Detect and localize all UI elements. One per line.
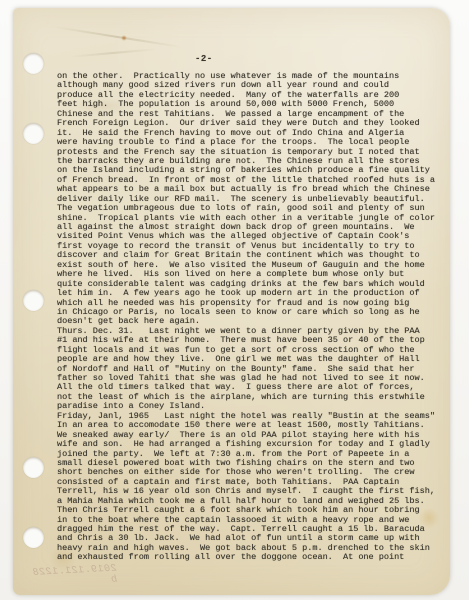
punch-hole	[23, 290, 44, 311]
text-line: and exhausted from rolling all over the …	[57, 553, 453, 562]
punch-hole	[23, 123, 44, 144]
page-number: -2-	[195, 54, 213, 64]
punch-hole	[23, 53, 44, 74]
document-page: -2- on the other. Practically no use wha…	[13, 8, 450, 595]
crease-mark	[68, 48, 158, 58]
catalog-inscription-mirrored: 2019.121.1228 b	[20, 564, 117, 591]
punch-hole	[23, 527, 44, 548]
stain-mark	[121, 35, 127, 41]
scanner-background: -2- on the other. Practically no use wha…	[0, 0, 469, 600]
punch-hole	[23, 457, 44, 478]
typewritten-text: on the other. Practically no use whateve…	[57, 72, 453, 563]
crease-mark	[54, 26, 183, 48]
